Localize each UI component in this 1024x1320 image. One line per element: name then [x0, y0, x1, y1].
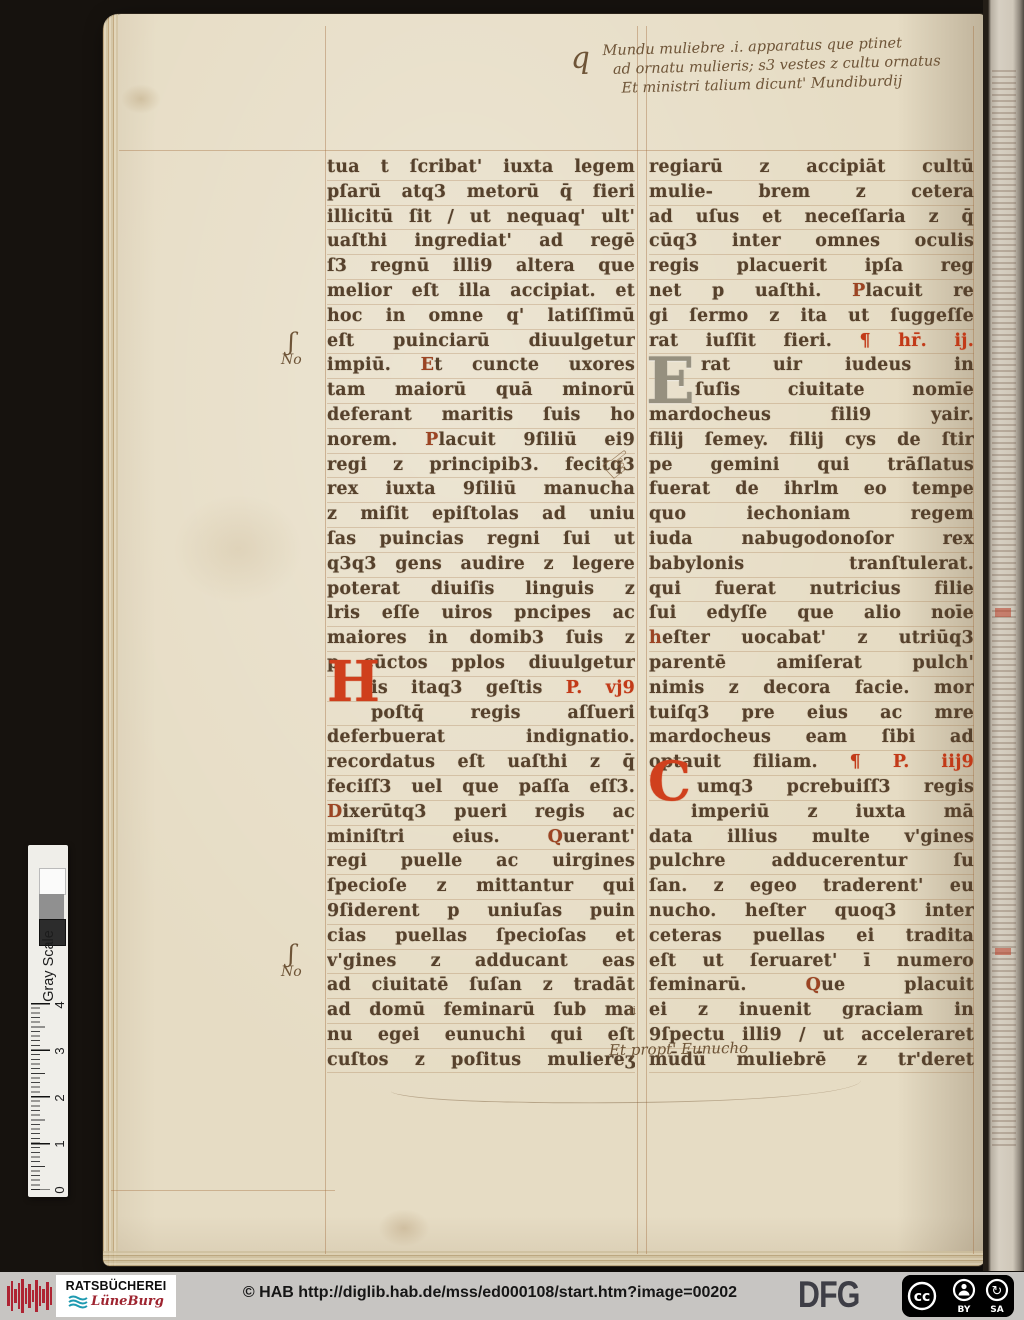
manuscript-line: mardocheus fili9 yair.	[649, 404, 974, 429]
photo-stage: q Mundu muliebre .i. apparatus que ptine…	[0, 0, 1024, 1320]
manuscript-line: rat uir iudeus in	[649, 354, 974, 379]
manuscript-line: rex iuxta 9ſiliū manucha	[327, 478, 635, 503]
manuscript-line: iuda nabugodonoſor rex	[649, 528, 974, 553]
manuscript-line: filij ſemey. filij cys de ſtir	[649, 429, 974, 454]
manuscript-line: 9ſiderent p uniuſas puin	[327, 900, 635, 925]
text-column-left: tua t ſcribat' iuxta legempſarū atq3 met…	[327, 156, 635, 1073]
manuscript-line: regi puelle ac uirgines	[327, 850, 635, 875]
manuscript-line: miniſtri eius. Querant'	[327, 826, 635, 851]
attribution-link[interactable]: © HAB http://diglib.hab.de/mss/ed000108/…	[180, 1284, 800, 1302]
manuscript-line: eſt puinciarū diuulgetur	[327, 330, 635, 355]
footer-marginal-note: Et propt' Eunucho	[609, 1039, 748, 1059]
manuscript-line: gi ſermo z ita ut ſuggeſſe	[649, 305, 974, 330]
sa-label: SA	[990, 1305, 1003, 1315]
manuscript-line: illicitū ſit / ut nequaq' ult'	[327, 206, 635, 231]
cc-by-sa-badge[interactable]: cc BY ↻ SA	[902, 1275, 1014, 1317]
manuscript-line: hoc in omne q' latiſſimū	[327, 305, 635, 330]
manuscript-line: tuiſq3 pre eius ac mre	[649, 702, 974, 727]
header-marginal-note: q Mundu muliebre .i. apparatus que ptine…	[602, 30, 1024, 99]
manuscript-line: ſuſis ciuitate nomīe	[649, 379, 974, 404]
parchment-stain	[378, 1209, 430, 1247]
manuscript-line: ſ3 regnū illi9 altera que	[327, 255, 635, 280]
quire-mark: ii	[629, 1004, 636, 1017]
manuscript-line: lris eſſe uiros pncipes ac	[327, 602, 635, 627]
library-name-line2: LüneBurg	[91, 1294, 164, 1309]
manuscript-line: mardocheus eam ſibi ad	[649, 726, 974, 751]
manuscript-line: babylonis tranſtulerat.	[649, 553, 974, 578]
manuscript-line: data illius multe v'gines	[649, 826, 974, 851]
nota-mark-top: ʃ No	[281, 332, 302, 368]
library-name-line1: RATSBÜCHEREI	[56, 1279, 176, 1293]
manuscript-line: deferbuerat indignatio.	[327, 726, 635, 751]
manuscript-line: ei z inuenit graciam in	[649, 999, 974, 1024]
manuscript-line: feciſſ3 uel que paſſa eſſ3.	[327, 776, 635, 801]
cc-icon: cc	[914, 1289, 931, 1305]
manuscript-line: mulie- brem z cetera	[649, 181, 974, 206]
manuscript-line: regis placuerit ipſa reg	[649, 255, 974, 280]
ruler-number: 2	[52, 1090, 68, 1106]
manuscript-line: ſas puincias regni ſui ut	[327, 528, 635, 553]
manuscript-line: recordatus eſt uaſthi z q̄	[327, 751, 635, 776]
library-logo: RATSBÜCHEREI LüneBurg	[56, 1275, 176, 1317]
manuscript-line: ad domū feminarū ſub ma	[327, 999, 635, 1024]
manuscript-line: qui fuerat nutricius filie	[649, 578, 974, 603]
manuscript-line: nimis z decora facie. mor	[649, 677, 974, 702]
rubricated-initial-H: H	[327, 654, 380, 710]
grayscale-ruler: Gray Scale 4 3 2 1 0	[28, 845, 68, 1197]
manuscript-line: Dixerūtq3 pueri regis ac	[327, 801, 635, 826]
ruling-line	[111, 1190, 335, 1191]
manuscript-line: optauit filiam. ¶ P. iij9	[649, 751, 974, 776]
manuscript-line: q3q3 gens audire z legere	[327, 553, 635, 578]
manuscript-line: v'gines z adducant eas	[327, 950, 635, 975]
manuscript-line: cūq3 inter omnes oculis	[649, 230, 974, 255]
ruler-number: 0	[52, 1182, 68, 1198]
fore-edge-rubric-fleck	[995, 608, 1011, 617]
nota-mark-bottom: ʃ No	[281, 944, 302, 980]
manuscript-line: melior eſt illa accipiat. et	[327, 280, 635, 305]
book-fore-edge	[983, 0, 1024, 1271]
page-edges-bottom	[103, 1251, 985, 1266]
manuscript-line: nu egei eunuchi qui eſt	[327, 1024, 635, 1049]
ruling-line	[119, 150, 973, 151]
ruler-number: 4	[52, 997, 68, 1013]
manuscript-line: deferant maritis ſuis ho	[327, 404, 635, 429]
manuscript-page: q Mundu muliebre .i. apparatus que ptine…	[103, 14, 985, 1266]
manuscript-line: pe gemini qui trāſlatus	[649, 454, 974, 479]
manuscript-line: ceteras puellas ei tradita	[649, 925, 974, 950]
manuscript-line: impiū. Et cuncte uxores	[327, 354, 635, 379]
manuscript-line: heſter uocabat' z utriūq3	[649, 627, 974, 652]
dfg-logo[interactable]: DFG	[798, 1274, 860, 1316]
manuscript-line: regi z principib3. fecitq3	[327, 454, 635, 479]
manuscript-line: pulchre adducerentur ſu	[649, 850, 974, 875]
nota-flourish: ʃ	[281, 332, 302, 352]
manuscript-line: cias puellas ſpecioſas et	[327, 925, 635, 950]
manuscript-line: parentē amiſerat pulch'	[649, 652, 974, 677]
nota-flourish: ʃ	[281, 944, 302, 964]
manuscript-line: regiarū z accipiāt cultū	[649, 156, 974, 181]
manuscript-line: nucho. heſter quoq3 inter	[649, 900, 974, 925]
manuscript-line: eſt ut ſeruaret' ī numero	[649, 950, 974, 975]
parchment-stain	[121, 84, 161, 114]
manuscript-line: rat iuſſit fieri. ¶ hr̄. ij.	[649, 330, 974, 355]
ruler-number: 3	[52, 1043, 68, 1059]
ruler-number: 1	[52, 1136, 68, 1152]
svg-text:↻: ↻	[992, 1284, 1003, 1299]
footer-bar: RATSBÜCHEREI LüneBurg © HAB http://digli…	[0, 1272, 1024, 1320]
lueneburg-waves-icon	[68, 1295, 88, 1309]
ruler-ticks-cm	[31, 1003, 50, 1190]
manuscript-line: fuerat de ihrlm eo tempe	[649, 478, 974, 503]
grayscale-patch-white	[39, 868, 66, 895]
ratsbuecherei-barcode-logo	[7, 1278, 53, 1314]
manuscript-line: ſan. z egeo traderent' eu	[649, 875, 974, 900]
manuscript-line: tua t ſcribat' iuxta legem	[327, 156, 635, 181]
manuscript-line: norem. Placuit 9ſiliū ei9	[327, 429, 635, 454]
page-edges-left	[103, 14, 118, 1266]
nota-label: No	[281, 964, 302, 980]
manuscript-line: z miſit epiſtolas ad uniu	[327, 503, 635, 528]
manuscript-line: ſui edyſſe que alio noīe	[649, 602, 974, 627]
manuscript-line: ad uſus et neceſſaria z q̄	[649, 206, 974, 231]
manuscript-line: feminarū. Que placuit	[649, 974, 974, 999]
rubricated-initial-C: C	[648, 754, 691, 808]
manuscript-line: quo iechoniam regem	[649, 503, 974, 528]
by-label: BY	[958, 1305, 971, 1315]
manuscript-line: pſarū atq3 metorū q̄ fieri	[327, 181, 635, 206]
fore-edge-rubric-fleck	[995, 948, 1011, 955]
manuscript-line: tam maiorū quā minorū	[327, 379, 635, 404]
manuscript-line: ad ciuitatē ſuſan z tradāt	[327, 974, 635, 999]
paraph-flourish: q	[571, 48, 591, 67]
parchment-stain	[173, 494, 303, 604]
manuscript-line: umq3 pcrebuiſſ3 regis	[649, 776, 974, 801]
manuscript-line: ſpecioſe z mittantur qui	[327, 875, 635, 900]
text-column-right: regiarū z accipiāt cultūmulie- brem z ce…	[649, 156, 974, 1073]
ruling-line	[325, 26, 326, 1254]
nota-label: No	[281, 352, 302, 368]
decorated-initial-E: E	[646, 350, 695, 414]
manuscript-line: net p uaſthi. Placuit re	[649, 280, 974, 305]
manuscript-line: imperiū z iuxta mā	[649, 801, 974, 826]
manuscript-line: uaſthi ingrediat' ad regē	[327, 230, 635, 255]
manuscript-line: poterat diuiſis linguis z	[327, 578, 635, 603]
